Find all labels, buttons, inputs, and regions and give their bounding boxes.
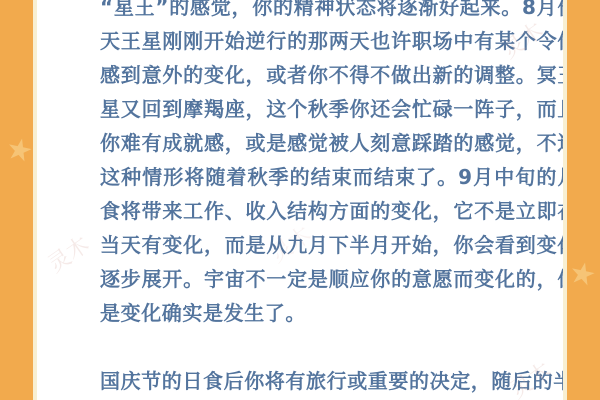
right-edge-line (563, 0, 567, 400)
left-edge-line (33, 0, 37, 400)
left-border-strip (0, 0, 33, 400)
content-card: “星王”的感觉，你的精神状态将逐渐好起来。8月份天王星刚刚开始逆行的那两天也许职… (37, 0, 563, 400)
horoscope-article: “星王”的感觉，你的精神状态将逐渐好起来。8月份天王星刚刚开始逆行的那两天也许职… (100, 0, 578, 398)
page: “星王”的感觉，你的精神状态将逐渐好起来。8月份天王星刚刚开始逆行的那两天也许职… (0, 0, 600, 400)
article-paragraph-1: “星王”的感觉，你的精神状态将逐渐好起来。8月份天王星刚刚开始逆行的那两天也许职… (100, 0, 578, 330)
article-paragraph-2: 国庆节的日食后你将有旅行或重要的决定，随后的半 (100, 364, 578, 398)
right-border-strip (567, 0, 600, 400)
